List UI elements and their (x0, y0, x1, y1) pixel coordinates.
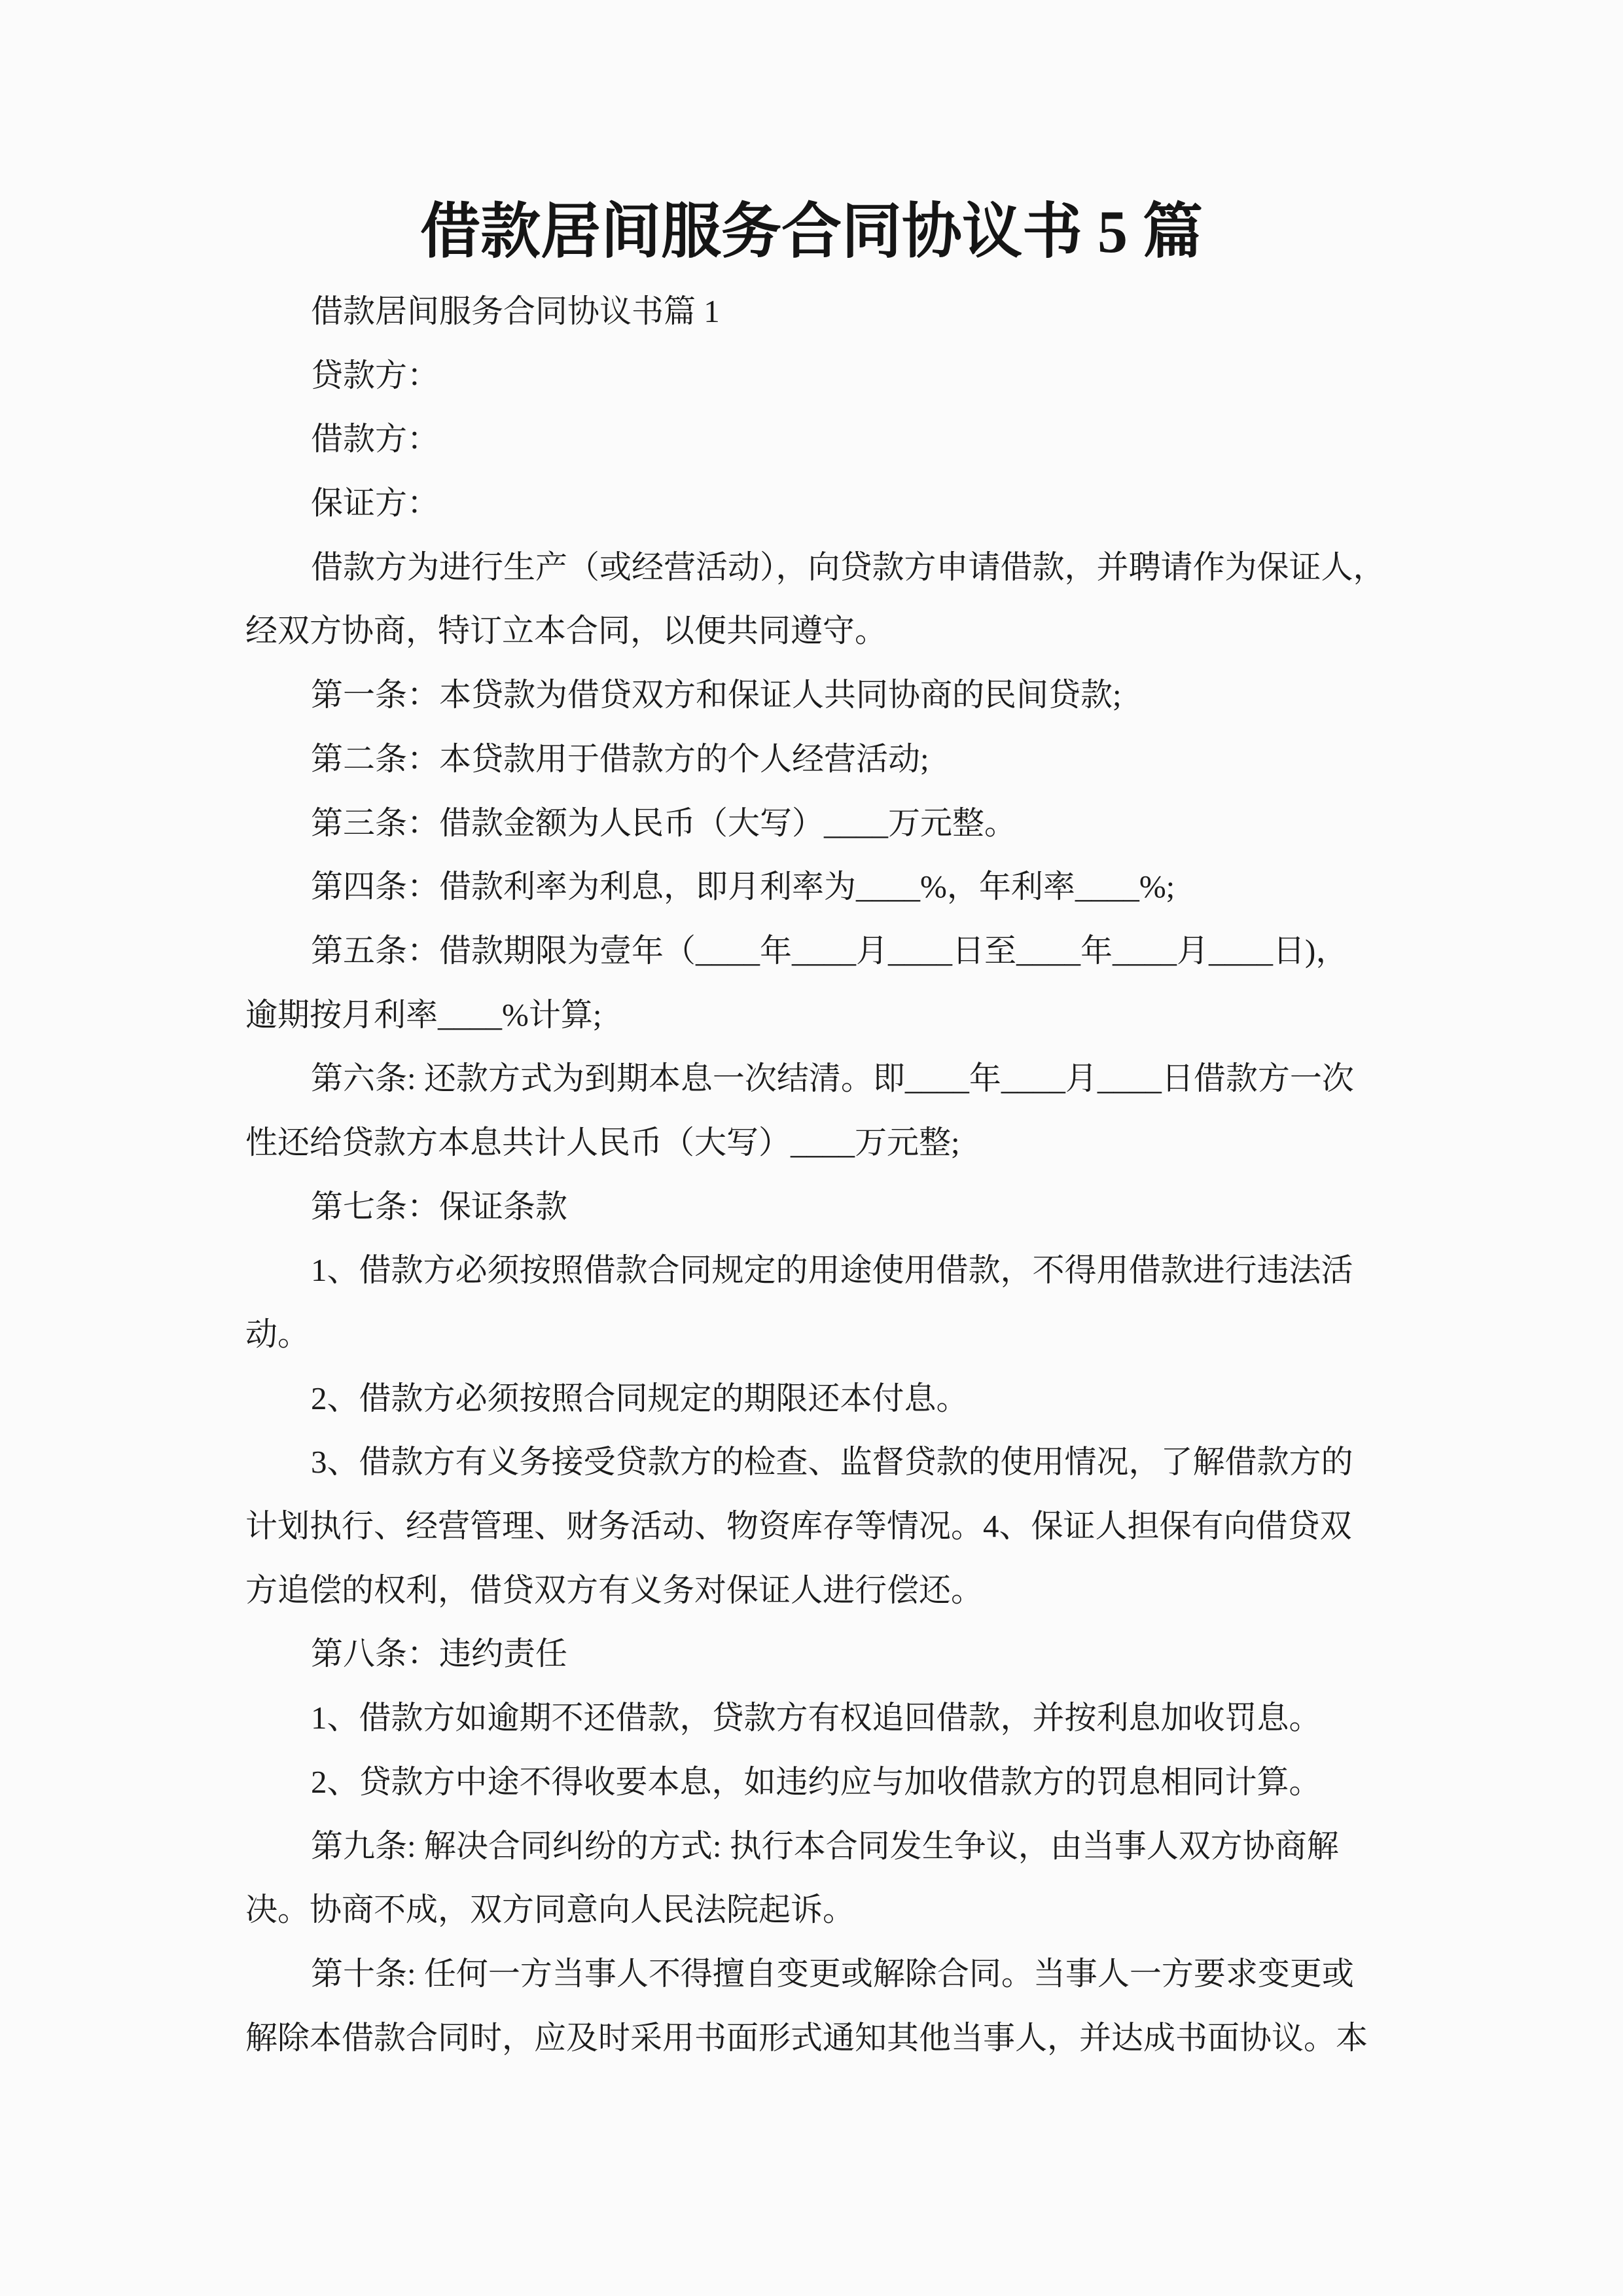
document-line: 1、借款方如逾期不还借款，贷款方有权追回借款，并按利息加收罚息。 (245, 1686, 1384, 1750)
document-line: 借款居间服务合同协议书篇 1 (245, 279, 1384, 344)
document-line: 性还给贷款方本息共计人民币（大写）____万元整; (245, 1111, 1384, 1175)
document-line: 借款方为进行生产（或经营活动），向贷款方申请借款，并聘请作为保证人， (245, 535, 1384, 600)
document-line: 第四条：借款利率为利息，即月利率为____%，年利率____%; (245, 855, 1384, 919)
document-line: 第八条：违约责任 (245, 1622, 1384, 1686)
document-line: 第九条: 解决合同纠纷的方式: 执行本合同发生争议，由当事人双方协商解 (245, 1814, 1384, 1878)
document-title: 借款居间服务合同协议书 5 篇 (0, 200, 1623, 264)
document-line: 决。协商不成，双方同意向人民法院起诉。 (245, 1878, 1384, 1942)
document-line: 2、借款方必须按照合同规定的期限还本付息。 (245, 1367, 1384, 1431)
document-line: 第五条：借款期限为壹年（____年____月____日至____年____月__… (245, 919, 1384, 983)
document-page: 借款居间服务合同协议书 5 篇 借款居间服务合同协议书篇 1贷款方：借款方：保证… (0, 0, 1623, 2296)
document-line: 方追偿的权利，借贷双方有义务对保证人进行偿还。 (245, 1558, 1384, 1623)
document-line: 经双方协商，特订立本合同，以便共同遵守。 (245, 599, 1384, 663)
document-line: 3、借款方有义务接受贷款方的检查、监督贷款的使用情况，了解借款方的 (245, 1430, 1384, 1494)
document-line: 第六条: 还款方式为到期本息一次结清。即____年____月____日借款方一次 (245, 1047, 1384, 1111)
document-line: 保证方： (245, 471, 1384, 535)
document-line: 解除本借款合同时，应及时采用书面形式通知其他当事人，并达成书面协议。本 (245, 2006, 1384, 2070)
document-line: 借款方： (245, 407, 1384, 471)
document-line: 第三条：借款金额为人民币（大写）____万元整。 (245, 791, 1384, 855)
document-line: 第七条：保证条款 (245, 1175, 1384, 1239)
document-line: 逾期按月利率____%计算; (245, 983, 1384, 1047)
document-line: 第一条：本贷款为借贷双方和保证人共同协商的民间贷款; (245, 663, 1384, 727)
document-line: 贷款方： (245, 344, 1384, 408)
document-line: 2、贷款方中途不得收要本息，如违约应与加收借款方的罚息相同计算。 (245, 1750, 1384, 1814)
document-body: 借款居间服务合同协议书篇 1贷款方：借款方：保证方：借款方为进行生产（或经营活动… (245, 279, 1384, 2070)
document-line: 1、借款方必须按照借款合同规定的用途使用借款，不得用借款进行违法活 (245, 1238, 1384, 1302)
document-line: 计划执行、经营管理、财务活动、物资库存等情况。4、保证人担保有向借贷双 (245, 1494, 1384, 1558)
document-line: 第十条: 任何一方当事人不得擅自变更或解除合同。当事人一方要求变更或 (245, 1942, 1384, 2006)
document-line: 第二条：本贷款用于借款方的个人经营活动; (245, 727, 1384, 791)
document-line: 动。 (245, 1302, 1384, 1367)
